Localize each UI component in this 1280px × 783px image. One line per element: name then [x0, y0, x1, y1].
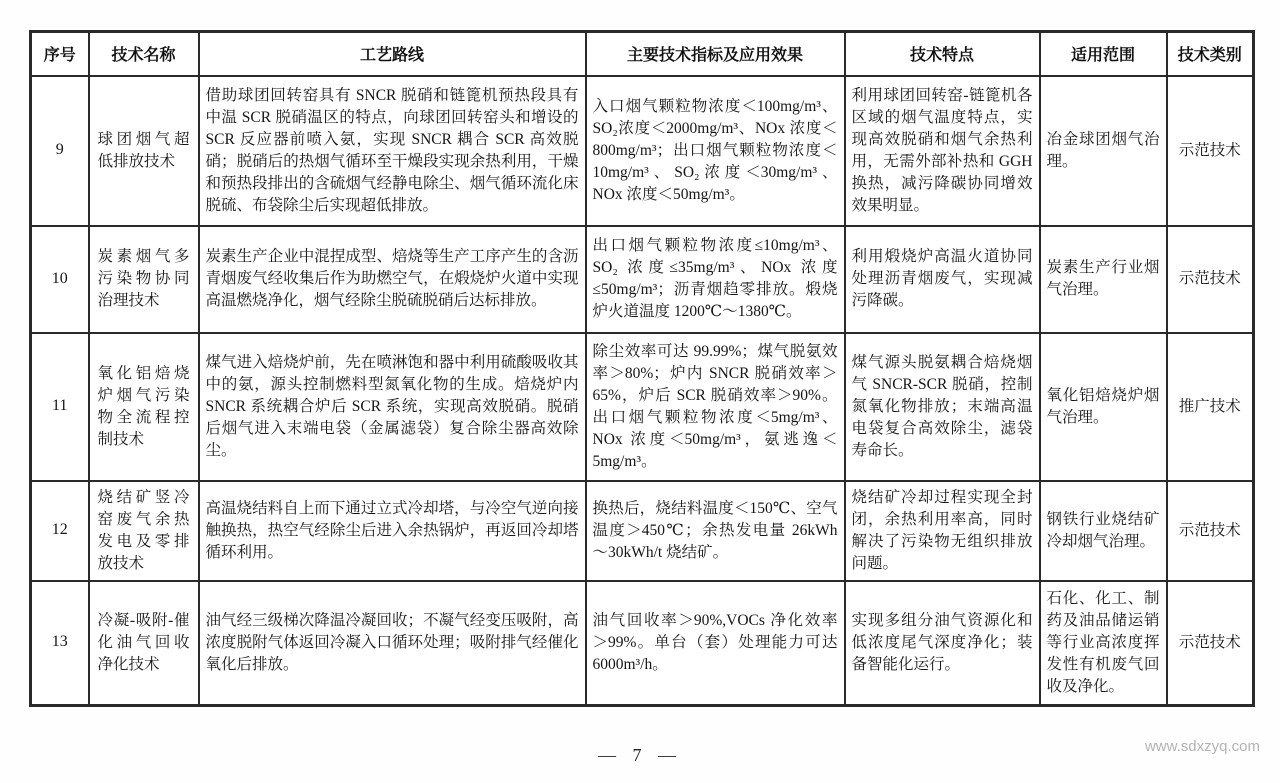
- table-row: 9 球团烟气超低排放技术 借助球团回转窑具有 SNCR 脱硝和链篦机预热段具有中…: [31, 76, 1254, 226]
- cell-tech-name: 球团烟气超低排放技术: [89, 76, 199, 226]
- col-header-scope: 适用范围: [1040, 32, 1167, 76]
- cell-tech-name: 炭素烟气多污染物协同治理技术: [89, 226, 199, 333]
- cell-features: 烧结矿冷却过程实现全封闭，余热利用率高，同时解决了污染物无组织排放问题。: [845, 481, 1040, 581]
- cell-category: 示范技术: [1167, 481, 1254, 581]
- cell-indicators: 出口烟气颗粒物浓度≤10mg/m³、SO₂ 浓度≤35mg/m³、NOx 浓度≤…: [586, 226, 845, 333]
- col-header-category: 技术类别: [1167, 32, 1254, 76]
- cell-row-no: 11: [31, 333, 89, 481]
- cell-tech-name: 烧结矿竖冷窑废气余热发电及零排放技术: [89, 481, 199, 581]
- col-header-process-route: 工艺路线: [199, 32, 586, 76]
- cell-indicators: 除尘效率可达 99.99%；煤气脱氨效率＞80%；炉内 SNCR 脱硝效率＞65…: [586, 333, 845, 481]
- col-header-no: 序号: [31, 32, 89, 76]
- cell-row-no: 13: [31, 581, 89, 706]
- table-row: 10 炭素烟气多污染物协同治理技术 炭素生产企业中混捏成型、焙烧等生产工序产生的…: [31, 226, 1254, 333]
- cell-tech-name: 氧化铝焙烧炉烟气污染物全流程控制技术: [89, 333, 199, 481]
- cell-category: 示范技术: [1167, 76, 1254, 226]
- page-number: — 7 —: [0, 745, 1280, 766]
- cell-process-route: 高温烧结料自上而下通过立式冷却塔，与冷空气逆向接触换热，热空气经除尘后进入余热锅…: [199, 481, 586, 581]
- document-page: 序号 技术名称 工艺路线 主要技术指标及应用效果 技术特点 适用范围 技术类别 …: [0, 0, 1280, 783]
- cell-category: 示范技术: [1167, 581, 1254, 706]
- cell-row-no: 9: [31, 76, 89, 226]
- table-header-row: 序号 技术名称 工艺路线 主要技术指标及应用效果 技术特点 适用范围 技术类别: [31, 32, 1254, 76]
- cell-features: 利用球团回转窑-链篦机各区域的烟气温度特点，实现高效脱硝和烟气余热利用，无需外部…: [845, 76, 1040, 226]
- col-header-features: 技术特点: [845, 32, 1040, 76]
- cell-indicators: 油气回收率＞90%,VOCs 净化效率＞99%。单台（套）处理能力可达 6000…: [586, 581, 845, 706]
- cell-category: 示范技术: [1167, 226, 1254, 333]
- cell-process-route: 煤气进入焙烧炉前，先在喷淋饱和器中利用硫酸吸收其中的氨，源头控制燃料型氮氧化物的…: [199, 333, 586, 481]
- cell-scope: 炭素生产行业烟气治理。: [1040, 226, 1167, 333]
- table-row: 12 烧结矿竖冷窑废气余热发电及零排放技术 高温烧结料自上而下通过立式冷却塔，与…: [31, 481, 1254, 581]
- cell-process-route: 炭素生产企业中混捏成型、焙烧等生产工序产生的含沥青烟废气经收集后作为助燃空气，在…: [199, 226, 586, 333]
- cell-process-route: 油气经三级梯次降温冷凝回收；不凝气经变压吸附，高浓度脱附气体返回冷凝入口循环处理…: [199, 581, 586, 706]
- col-header-tech-name: 技术名称: [89, 32, 199, 76]
- cell-indicators: 入口烟气颗粒物浓度＜100mg/m³、SO₂浓度＜2000mg/m³、NOx 浓…: [586, 76, 845, 226]
- cell-scope: 冶金球团烟气治理。: [1040, 76, 1167, 226]
- cell-row-no: 12: [31, 481, 89, 581]
- table-row: 13 冷凝-吸附-催化油气回收净化技术 油气经三级梯次降温冷凝回收；不凝气经变压…: [31, 581, 1254, 706]
- cell-process-route: 借助球团回转窑具有 SNCR 脱硝和链篦机预热段具有中温 SCR 脱硝温区的特点…: [199, 76, 586, 226]
- cell-features: 煤气源头脱氨耦合焙烧烟气 SNCR-SCR 脱硝，控制氮氧化物排放；末端高温电袋…: [845, 333, 1040, 481]
- cell-row-no: 10: [31, 226, 89, 333]
- cell-tech-name: 冷凝-吸附-催化油气回收净化技术: [89, 581, 199, 706]
- cell-scope: 钢铁行业烧结矿冷却烟气治理。: [1040, 481, 1167, 581]
- col-header-indicators: 主要技术指标及应用效果: [586, 32, 845, 76]
- cell-indicators: 换热后，烧结料温度＜150℃、空气温度＞450℃；余热发电量 26kWh～30k…: [586, 481, 845, 581]
- cell-features: 实现多组分油气资源化和低浓度尾气深度净化；装备智能化运行。: [845, 581, 1040, 706]
- site-watermark: www.sdxzyq.com: [1145, 738, 1260, 755]
- cell-category: 推广技术: [1167, 333, 1254, 481]
- technology-table: 序号 技术名称 工艺路线 主要技术指标及应用效果 技术特点 适用范围 技术类别 …: [29, 30, 1255, 707]
- cell-scope: 氧化铝焙烧炉烟气治理。: [1040, 333, 1167, 481]
- table-row: 11 氧化铝焙烧炉烟气污染物全流程控制技术 煤气进入焙烧炉前，先在喷淋饱和器中利…: [31, 333, 1254, 481]
- cell-scope: 石化、化工、制药及油品储运销等行业高浓度挥发性有机废气回收及净化。: [1040, 581, 1167, 706]
- cell-features: 利用煅烧炉高温火道协同处理沥青烟废气，实现减污降碳。: [845, 226, 1040, 333]
